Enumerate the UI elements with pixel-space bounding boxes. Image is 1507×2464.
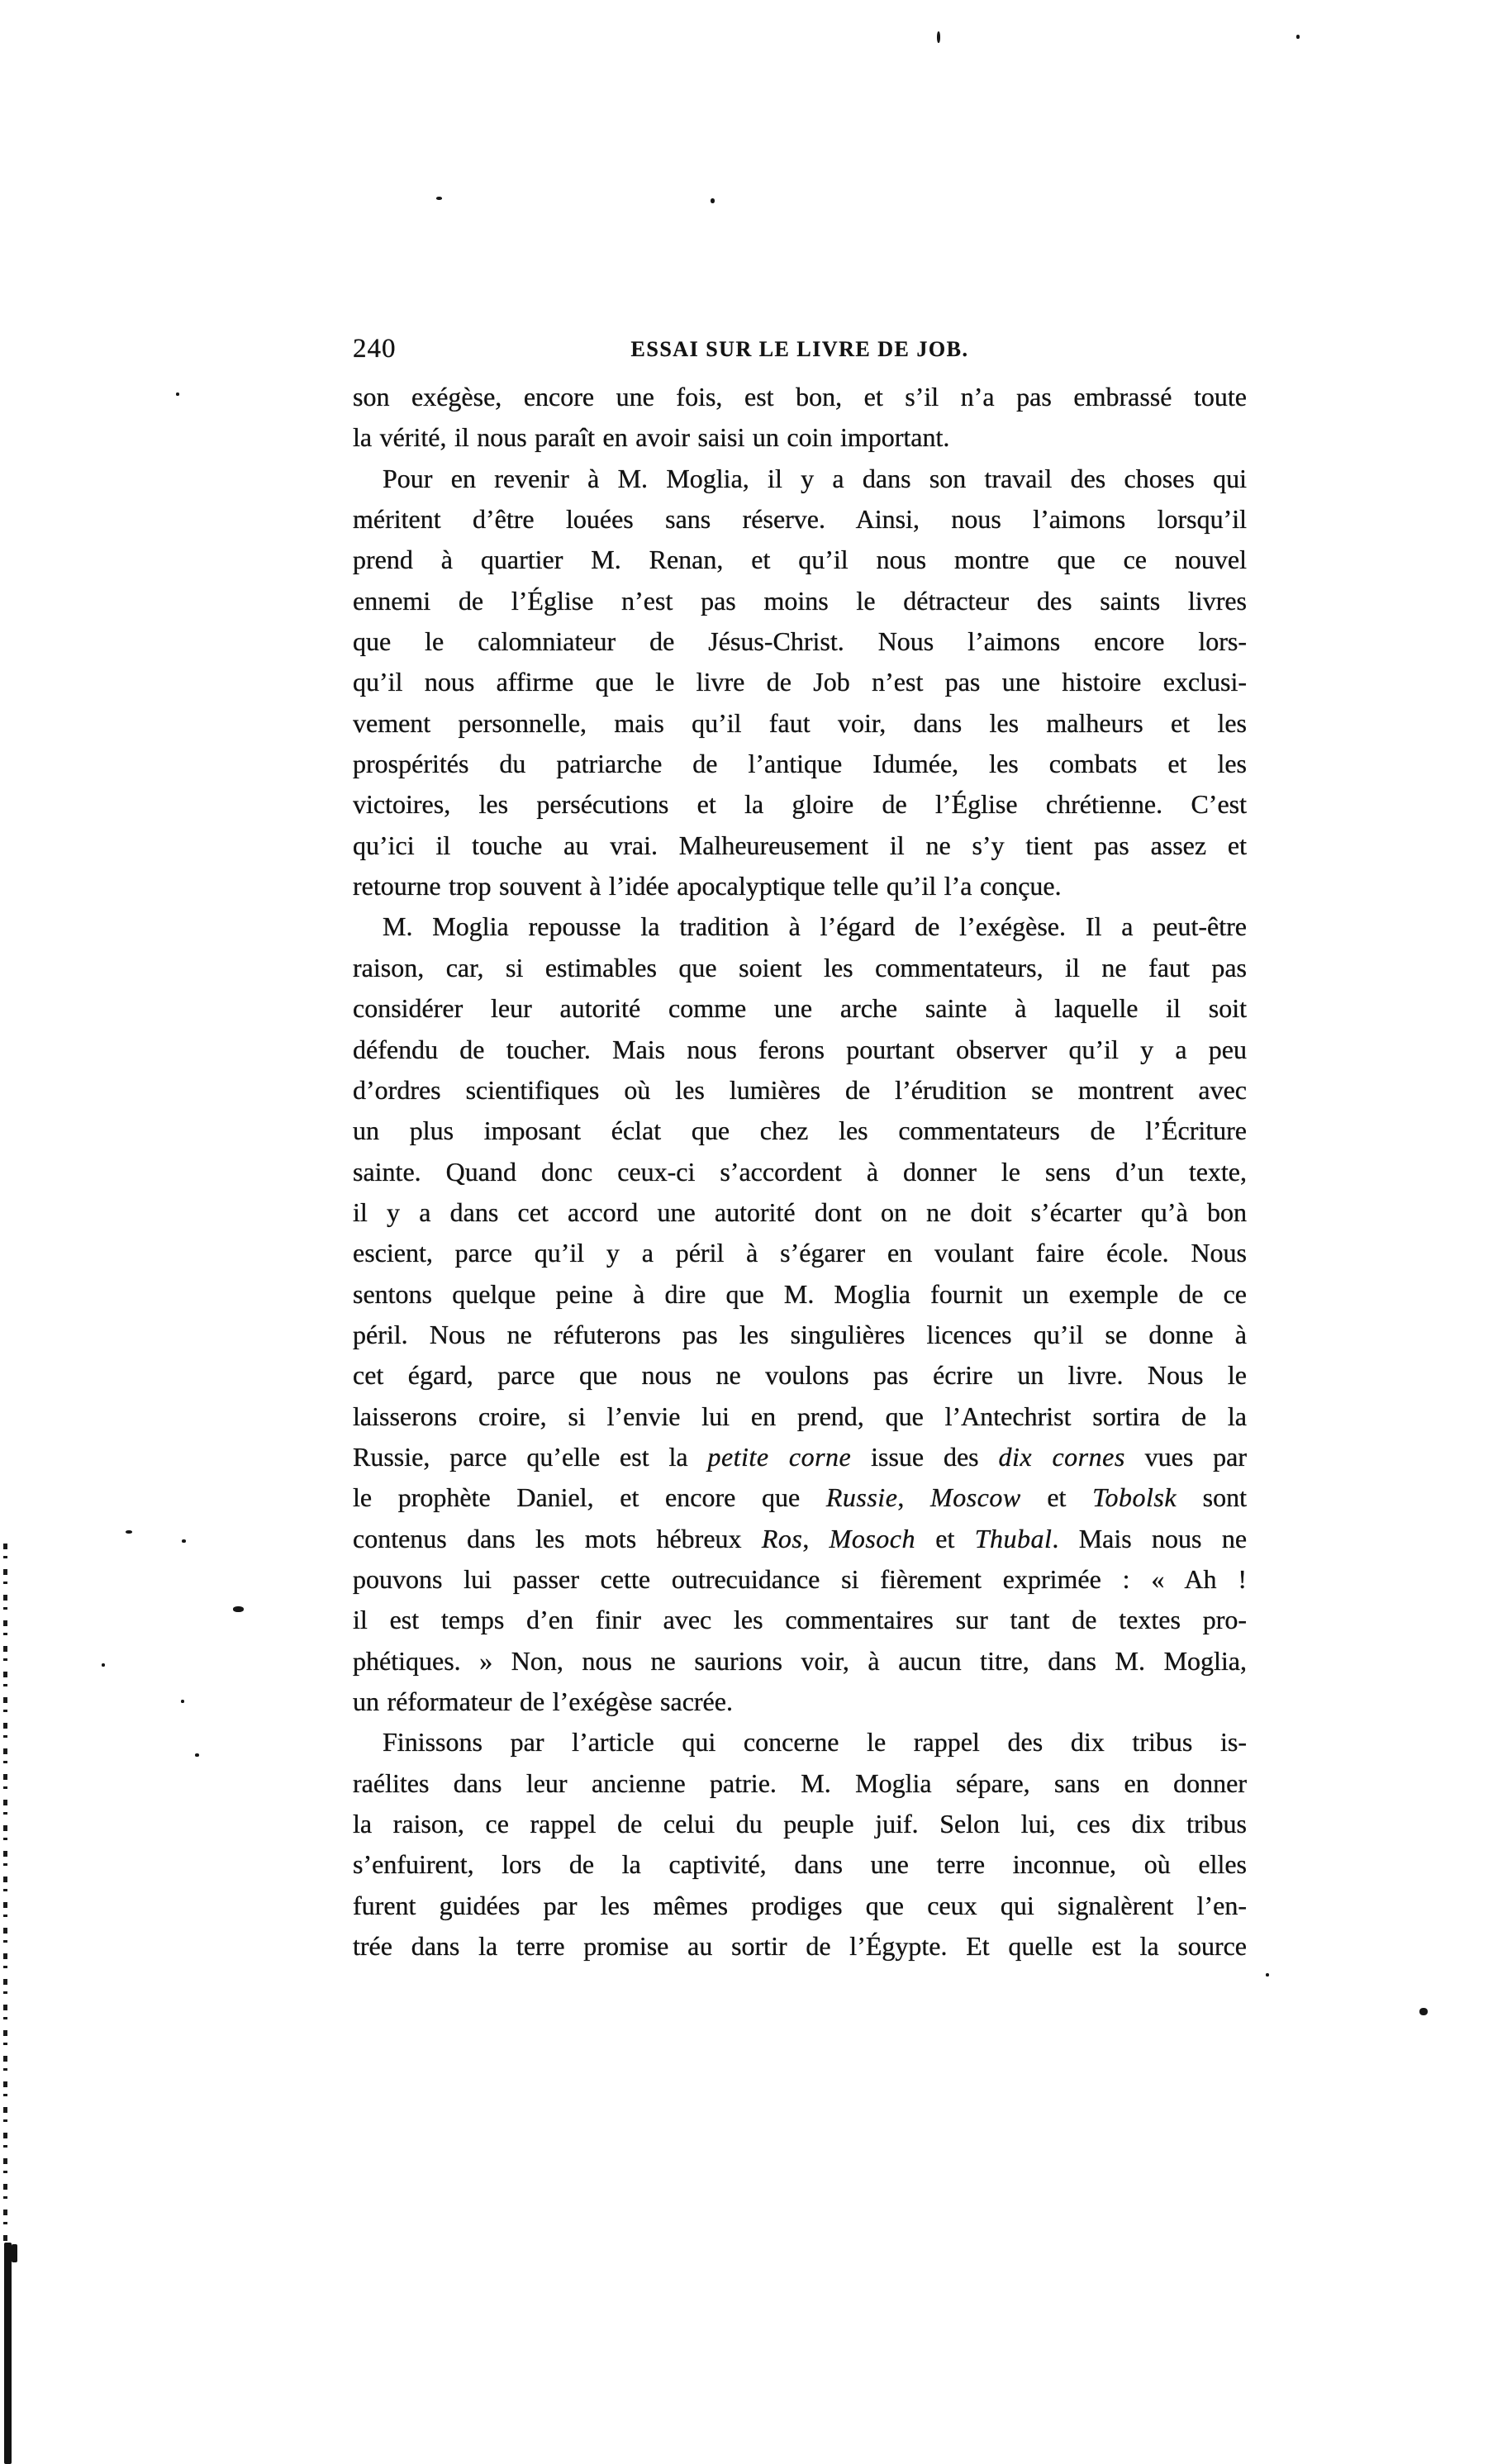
page-number: 240: [353, 332, 397, 365]
ink-speck: [182, 1539, 186, 1543]
text-line-13: retourne trop souvent à l’idée apocalypt…: [353, 866, 1247, 906]
text-line-5: prend à quartier M. Renan, et qu’il nous…: [353, 540, 1247, 580]
italic-term: petite corne: [707, 1442, 851, 1472]
text-line-27: Russie, parce qu’elle est la petite corn…: [353, 1437, 1247, 1477]
text-segment: raélites dans leur ancienne patrie. M. M…: [353, 1768, 1247, 1798]
text-line-28: le prophète Daniel, et encore que Russie…: [353, 1477, 1247, 1518]
text-segment: cet égard, parce que nous ne voulons pas…: [353, 1360, 1247, 1390]
text-segment: vement personnelle, mais qu’il faut voir…: [353, 708, 1247, 738]
text-segment: laisserons croire, si l’envie lui en pre…: [353, 1401, 1247, 1431]
text-segment: la vérité, il nous paraît en avoir saisi…: [353, 422, 949, 452]
text-segment: ennemi de l’Église n’est pas moins le dé…: [353, 586, 1247, 616]
ink-speck: [1419, 2008, 1428, 2015]
text-segment: furent guidées par les mêmes prodiges qu…: [353, 1891, 1247, 1920]
text-line-12: qu’ici il touche au vrai. Malheureusemen…: [353, 825, 1247, 866]
text-line-20: sainte. Quand donc ceux-ci s’accordent à…: [353, 1152, 1247, 1192]
text-line-7: que le calomniateur de Jésus-Christ. Nou…: [353, 621, 1247, 662]
binding-edge-mark: [4, 2243, 12, 2464]
text-line-18: d’ordres scientifiques où les lumières d…: [353, 1070, 1247, 1111]
text-line-36: la raison, ce rappel de celui du peuple …: [353, 1804, 1247, 1844]
text-line-16: considérer leur autorité comme une arche…: [353, 988, 1247, 1029]
text-line-19: un plus imposant éclat que chez les comm…: [353, 1111, 1247, 1151]
text-segment: sainte. Quand donc ceux-ci s’accordent à…: [353, 1157, 1247, 1187]
text-segment: . Mais nous ne: [1052, 1524, 1247, 1553]
text-line-17: défendu de toucher. Mais nous ferons pou…: [353, 1030, 1247, 1070]
ink-speck: [937, 31, 940, 43]
ink-speck: [1296, 35, 1300, 39]
text-line-39: trée dans la terre promise au sortir de …: [353, 1926, 1247, 1967]
text-segment: prend à quartier M. Renan, et qu’il nous…: [353, 545, 1247, 574]
text-segment: prospérités du patriarche de l’antique I…: [353, 749, 1247, 778]
running-head: 240 ESSAI SUR LE LIVRE DE JOB.: [353, 332, 1247, 369]
text-segment: et: [915, 1524, 975, 1553]
text-line-37: s’enfuirent, lors de la captivité, dans …: [353, 1844, 1247, 1885]
text-line-11: victoires, les persécutions et la gloire…: [353, 784, 1247, 825]
text-line-10: prospérités du patriarche de l’antique I…: [353, 744, 1247, 784]
book-page-scan: 240 ESSAI SUR LE LIVRE DE JOB. son exégè…: [0, 0, 1507, 2464]
text-line-35: raélites dans leur ancienne patrie. M. M…: [353, 1763, 1247, 1804]
text-segment: Pour en revenir à M. Moglia, il y a dans…: [383, 464, 1247, 493]
italic-term: Moscow: [930, 1482, 1021, 1512]
text-line-4: méritent d’être louées sans réserve. Ain…: [353, 499, 1247, 540]
running-title: ESSAI SUR LE LIVRE DE JOB.: [353, 332, 1247, 367]
italic-term: Tobolsk: [1092, 1482, 1177, 1512]
text-segment: pouvons lui passer cette outrecuidance s…: [353, 1564, 1247, 1594]
ink-speck: [126, 1530, 132, 1534]
text-line-3: Pour en revenir à M. Moglia, il y a dans…: [353, 459, 1247, 499]
text-line-8: qu’il nous affirme que le livre de Job n…: [353, 662, 1247, 702]
ink-speck: [436, 197, 442, 200]
text-line-22: escient, parce qu’il y a péril à s’égare…: [353, 1233, 1247, 1273]
text-segment: que le calomniateur de Jésus-Christ. Nou…: [353, 626, 1247, 656]
text-segment: M. Moglia repousse la tradition à l’égar…: [383, 911, 1247, 941]
binding-edge-mark: [3, 1544, 7, 2246]
text-line-14: M. Moglia repousse la tradition à l’égar…: [353, 906, 1247, 947]
text-segment: il y a dans cet accord une autorité dont…: [353, 1197, 1247, 1227]
text-line-32: phétiques. » Non, nous ne saurions voir,…: [353, 1641, 1247, 1682]
text-segment: contenus dans les mots hébreux: [353, 1524, 762, 1553]
text-line-33: un réformateur de l’exégèse sacrée.: [353, 1682, 1247, 1722]
text-segment: victoires, les persécutions et la gloire…: [353, 789, 1247, 819]
text-segment: retourne trop souvent à l’idée apocalypt…: [353, 871, 1062, 901]
ink-speck: [233, 1606, 244, 1612]
text-segment: la raison, ce rappel de celui du peuple …: [353, 1809, 1247, 1838]
text-segment: issue des: [851, 1442, 998, 1472]
text-segment: Finissons par l’article qui concerne le …: [383, 1727, 1247, 1757]
text-line-9: vement personnelle, mais qu’il faut voir…: [353, 703, 1247, 744]
text-line-34: Finissons par l’article qui concerne le …: [353, 1722, 1247, 1762]
ink-speck: [181, 1700, 184, 1703]
text-line-29: contenus dans les mots hébreux Ros, Moso…: [353, 1519, 1247, 1559]
text-segment: sont: [1177, 1482, 1247, 1512]
text-segment: qu’ici il touche au vrai. Malheureusemen…: [353, 830, 1247, 860]
text-segment: le prophète Daniel, et encore que: [353, 1482, 826, 1512]
text-segment: méritent d’être louées sans réserve. Ain…: [353, 504, 1247, 534]
ink-speck: [711, 198, 715, 203]
text-segment: escient, parce qu’il y a péril à s’égare…: [353, 1238, 1247, 1268]
text-segment: et: [1021, 1482, 1092, 1512]
text-segment: raison, car, si estimables que soient le…: [353, 953, 1247, 982]
italic-term: dix cornes: [999, 1442, 1125, 1472]
text-segment: un plus imposant éclat que chez les comm…: [353, 1115, 1247, 1145]
text-segment: péril. Nous ne réfuterons pas les singul…: [353, 1320, 1247, 1349]
text-segment: son exégèse, encore une fois, est bon, e…: [353, 382, 1247, 411]
text-segment: un réformateur de l’exégèse sacrée.: [353, 1686, 733, 1716]
text-line-15: raison, car, si estimables que soient le…: [353, 948, 1247, 988]
text-segment: ,: [802, 1524, 829, 1553]
text-segment: considérer leur autorité comme une arche…: [353, 993, 1247, 1023]
italic-term: Ros: [762, 1524, 803, 1553]
italic-term: Russie: [826, 1482, 898, 1512]
ink-speck: [176, 392, 179, 396]
text-line-2: la vérité, il nous paraît en avoir saisi…: [353, 417, 1247, 458]
text-line-38: furent guidées par les mêmes prodiges qu…: [353, 1886, 1247, 1926]
text-line-30: pouvons lui passer cette outrecuidance s…: [353, 1559, 1247, 1600]
text-segment: trée dans la terre promise au sortir de …: [353, 1931, 1247, 1961]
text-segment: Russie, parce qu’elle est la: [353, 1442, 707, 1472]
text-segment: ,: [897, 1482, 930, 1512]
italic-term: Thubal: [975, 1524, 1053, 1553]
ink-speck: [195, 1753, 199, 1757]
text-segment: qu’il nous affirme que le livre de Job n…: [353, 667, 1247, 697]
text-segment: défendu de toucher. Mais nous ferons pou…: [353, 1035, 1247, 1064]
text-line-1: son exégèse, encore une fois, est bon, e…: [353, 377, 1247, 417]
text-line-23: sentons quelque peine à dire que M. Mogl…: [353, 1274, 1247, 1315]
text-line-26: laisserons croire, si l’envie lui en pre…: [353, 1396, 1247, 1437]
ink-speck: [1266, 1973, 1269, 1976]
binding-edge-mark: [12, 2244, 17, 2262]
text-segment: sentons quelque peine à dire que M. Mogl…: [353, 1279, 1247, 1309]
text-segment: phétiques. » Non, nous ne saurions voir,…: [353, 1646, 1247, 1676]
text-line-24: péril. Nous ne réfuterons pas les singul…: [353, 1315, 1247, 1355]
text-segment: s’enfuirent, lors de la captivité, dans …: [353, 1849, 1247, 1879]
page-body: son exégèse, encore une fois, est bon, e…: [353, 377, 1247, 1967]
text-line-31: il est temps d’en finir avec les comment…: [353, 1600, 1247, 1640]
text-line-21: il y a dans cet accord une autorité dont…: [353, 1192, 1247, 1233]
text-line-6: ennemi de l’Église n’est pas moins le dé…: [353, 581, 1247, 621]
italic-term: Mosoch: [830, 1524, 915, 1553]
ink-speck: [102, 1663, 105, 1667]
text-segment: vues par: [1125, 1442, 1247, 1472]
text-segment: d’ordres scientifiques où les lumières d…: [353, 1075, 1247, 1105]
text-line-25: cet égard, parce que nous ne voulons pas…: [353, 1355, 1247, 1396]
text-segment: il est temps d’en finir avec les comment…: [353, 1605, 1247, 1634]
